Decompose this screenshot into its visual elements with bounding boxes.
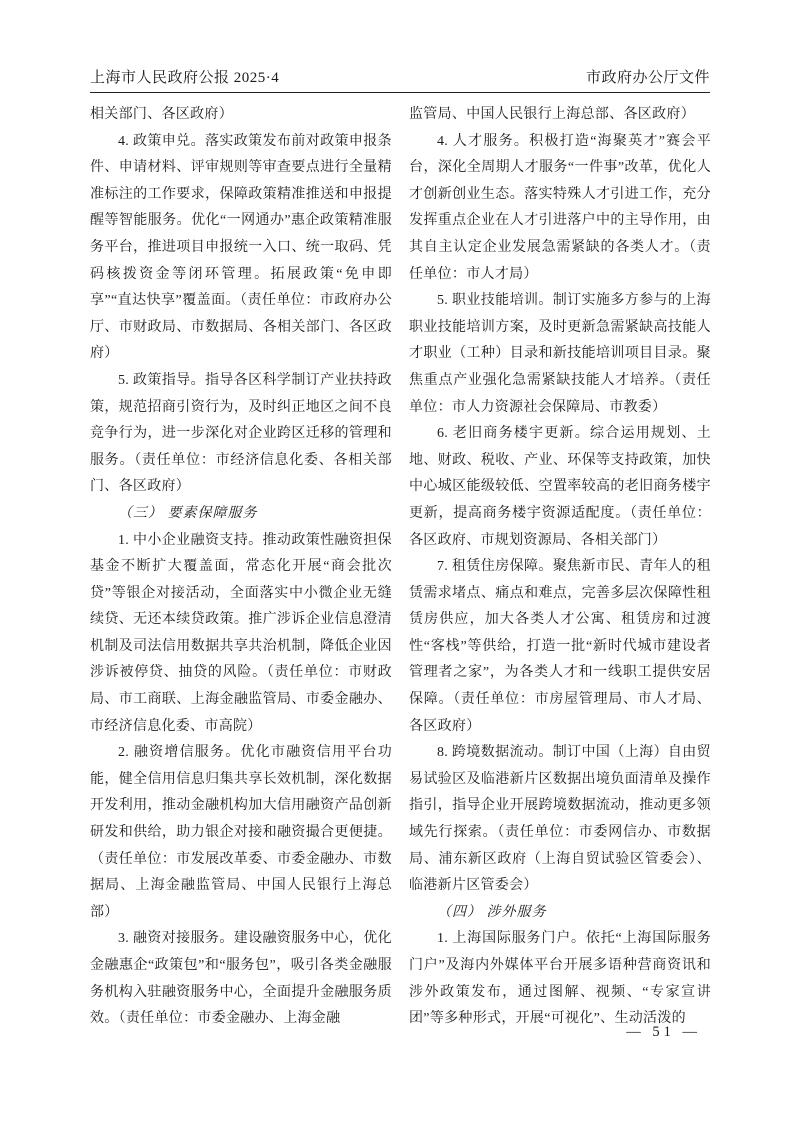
paragraph-cross-border-data-flow: 8. 跨境数据流动。制订中国（上海）自由贸易试验区及临港新片区数据出境负面清单及… [409,740,711,900]
paragraph-rental-housing-guarantee: 7. 租赁住房保障。聚焦新市民、青年人的租赁需求堵点、痛点和难点，完善多层次保障… [409,554,711,740]
document-body: 相关部门、各区政府） 4. 政策申兑。落实政策发布前对政策申报条件、申请材料、评… [90,102,711,1033]
paragraph-continuation: 监管局、中国人民银行上海总部、各区政府） [409,102,711,129]
paragraph-talent-service: 4. 人才服务。积极打造“海聚英才”赛会平台，深化全周期人才服务“一件事”改革，… [409,129,711,289]
paragraph-sme-financing-support: 1. 中小企业融资支持。推动政策性融资担保基金不断扩大覆盖面，常态化开展“商会批… [90,528,392,741]
header-document-category: 市政府办公厅文件 [586,66,710,87]
header-rule [90,92,710,93]
paragraph-old-building-renewal: 6. 老旧商务楼宇更新。综合运用规划、土地、财政、税收、产业、环保等支持政策，加… [409,421,711,554]
left-column: 相关部门、各区政府） 4. 政策申兑。落实政策发布前对政策申报条件、申请材料、评… [90,102,392,1033]
page-header: 上海市人民政府公报 2025·4 市政府办公厅文件 [90,66,710,87]
paragraph-policy-shendui: 4. 政策申兑。落实政策发布前对政策申报条件、申请材料、评审规则等审查要点进行全… [90,129,392,368]
right-column: 监管局、中国人民银行上海总部、各区政府） 4. 人才服务。积极打造“海聚英才”赛… [409,102,711,1033]
section-heading-three: （三） 要素保障服务 [90,501,392,528]
header-publication-title: 上海市人民政府公报 2025·4 [90,66,279,87]
paragraph-shanghai-international-portal: 1. 上海国际服务门户。依托“上海国际服务门户”及海内外媒体平台开展多语种营商资… [409,926,711,1032]
gazette-page: 上海市人民政府公报 2025·4 市政府办公厅文件 相关部门、各区政府） 4. … [0,0,793,1122]
section-heading-four: （四） 涉外服务 [409,900,711,927]
paragraph-continuation: 相关部门、各区政府） [90,102,392,129]
paragraph-policy-guidance: 5. 政策指导。指导各区科学制订产业扶持政策，规范招商引资行为，及时纠正地区之间… [90,368,392,501]
paragraph-vocational-training: 5. 职业技能培训。制订实施多方参与的上海职业技能培训方案，及时更新急需紧缺高技… [409,288,711,421]
page-number: — 51 — [626,1024,701,1041]
paragraph-financing-matchmaking-service: 3. 融资对接服务。建设融资服务中心，优化金融惠企“政策包”和“服务包”，吸引各… [90,926,392,1032]
paragraph-financing-credit-service: 2. 融资增信服务。优化市融资信用平台功能，健全信用信息归集共享长效机制，深化数… [90,740,392,926]
